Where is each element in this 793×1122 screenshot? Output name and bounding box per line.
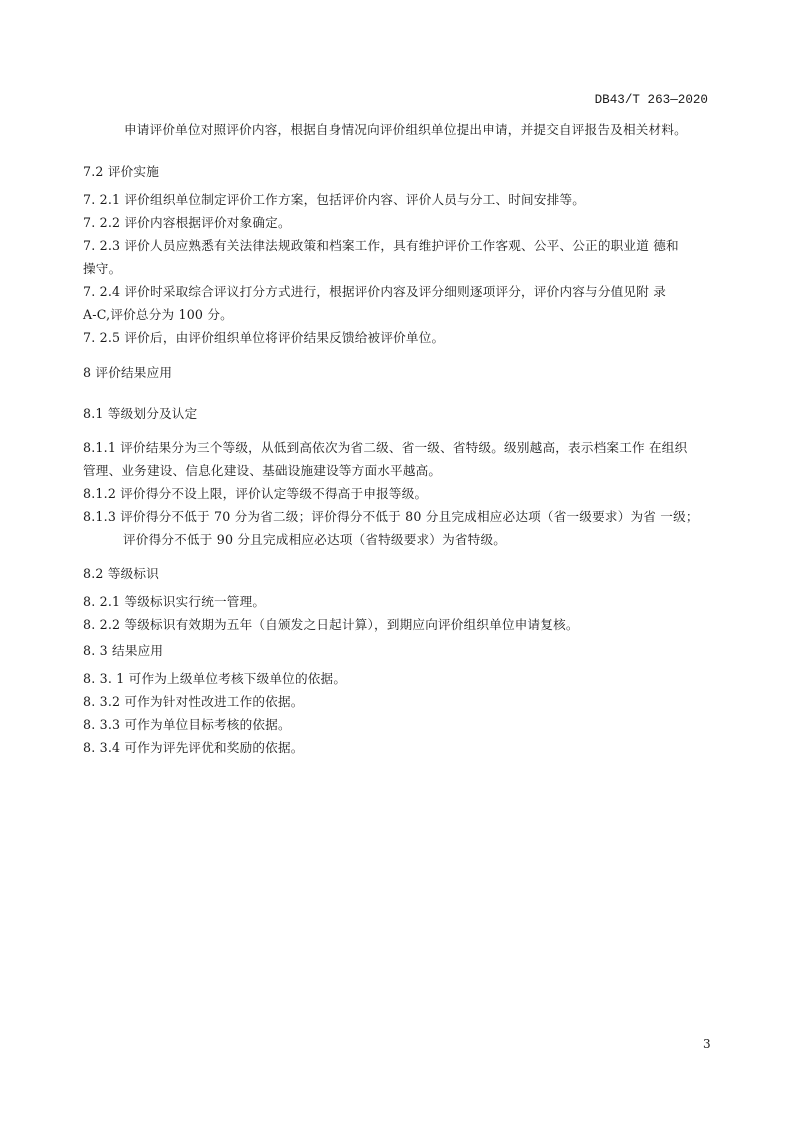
clause-7-2-3-cont: 操守。	[83, 261, 121, 277]
clause-8-1-3-cont: 评价得分不低于 90 分且完成相应必达项（省特级要求）为省特级。	[123, 532, 506, 548]
section-heading-8-1: 8.1 等级划分及认定	[83, 406, 197, 422]
clause-8-2-2: 8. 2.2 等级标识有效期为五年（自颁发之日起计算），到期应向评价组织单位申请…	[83, 617, 579, 633]
clause-8-3-3: 8. 3.3 可作为单位目标考核的依据。	[83, 717, 291, 733]
section-heading-8: 8 评价结果应用	[83, 365, 172, 381]
clause-8-1-2: 8.1.2 评价得分不设上限，评价认定等级不得高于申报等级。	[83, 486, 427, 502]
document-page: DB43/T 263—2020 申请评价单位对照评价内容，根据自身情况向评价组织…	[0, 0, 793, 1122]
document-code: DB43/T 263—2020	[595, 93, 708, 107]
page-number: 3	[703, 1037, 711, 1051]
clause-8-3-1: 8. 3. 1 可作为上级单位考核下级单位的依据。	[83, 671, 346, 687]
clause-8-2-1: 8. 2.1 等级标识实行统一管理。	[83, 594, 265, 610]
clause-8-1-3: 8.1.3 评价得分不低于 70 分为省二级；评价得分不低于 80 分且完成相应…	[83, 509, 699, 525]
section-heading-7-2: 7.2 评价实施	[83, 164, 159, 180]
clause-7-2-4-cont: A-C,评价总分为 100 分。	[83, 307, 233, 323]
section-heading-8-2: 8.2 等级标识	[83, 566, 159, 582]
clause-7-2-4: 7. 2.4 评价时采取综合评议打分方式进行，根据评价内容及评分细则逐项评分，评…	[83, 284, 666, 300]
clause-8-1-1: 8.1.1 评价结果分为三个等级，从低到高依次为省二级、省一级、省特级。级别越高…	[83, 440, 687, 456]
clause-7-2-3: 7. 2.3 评价人员应熟悉有关法律法规政策和档案工作，具有维护评价工作客观、公…	[83, 238, 679, 254]
clause-8-3-2: 8. 3.2 可作为针对性改进工作的依据。	[83, 694, 304, 710]
paragraph-application: 申请评价单位对照评价内容，根据自身情况向评价组织单位提出申请，并提交自评报告及相…	[124, 122, 687, 138]
clause-7-2-1: 7. 2.1 评价组织单位制定评价工作方案，包括评价内容、评价人员与分工、时间安…	[83, 192, 585, 208]
clause-7-2-5: 7. 2.5 评价后，由评价组织单位将评价结果反馈给被评价单位。	[83, 330, 444, 346]
clause-8-3-4: 8. 3.4 可作为评先评优和奖励的依据。	[83, 740, 304, 756]
clause-8-1-1-cont: 管理、业务建设、信息化建设、基础设施建设等方面水平越高。	[83, 463, 441, 479]
section-heading-8-3: 8. 3 结果应用	[83, 643, 163, 659]
clause-7-2-2: 7. 2.2 评价内容根据评价对象确定。	[83, 215, 291, 231]
